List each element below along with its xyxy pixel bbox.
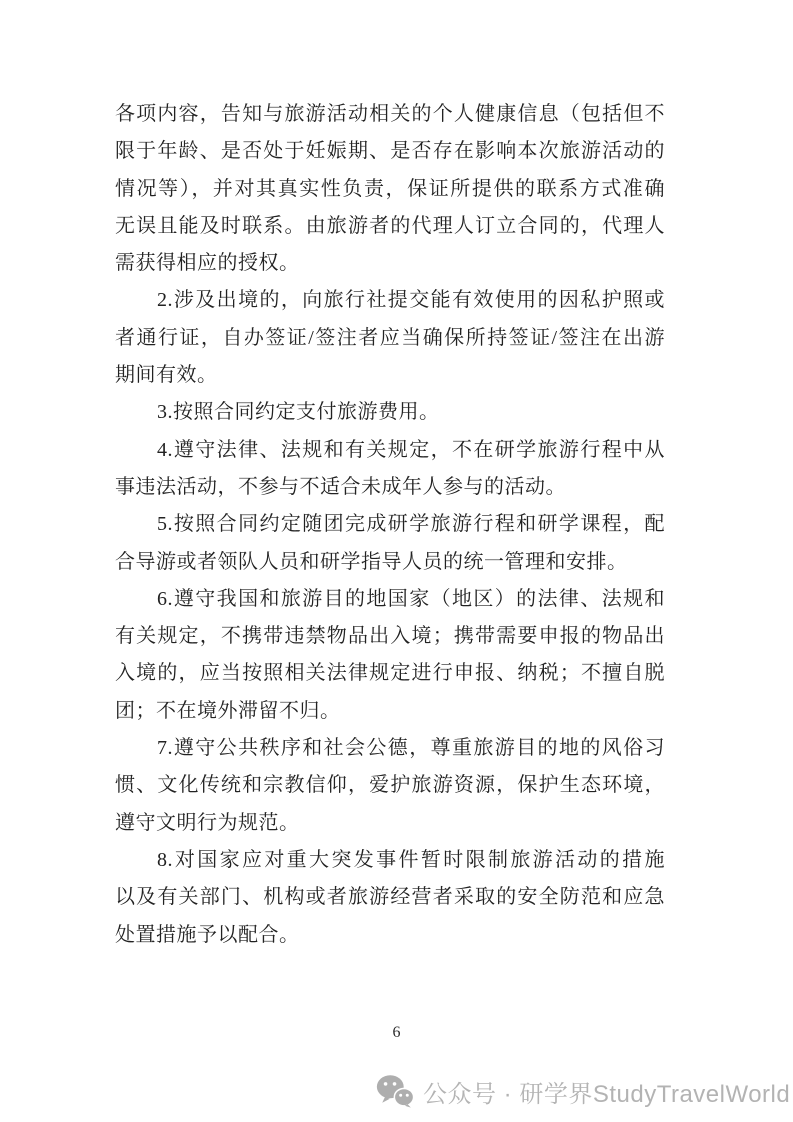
text-line: 限于年龄、是否处于妊娠期、是否存在影响本次旅游活动的 [115, 133, 665, 170]
text-line: 以及有关部门、机构或者旅游经营者采取的安全防范和应急 [115, 879, 665, 916]
text-line: 者通行证，自办签证/签注者应当确保所持签证/签注在出游 [115, 320, 665, 357]
text-line: 6.遵守我国和旅游目的地国家（地区）的法律、法规和 [115, 581, 665, 618]
text-line: 遵守文明行为规范。 [115, 805, 665, 842]
text-line: 合导游或者领队人员和研学指导人员的统一管理和安排。 [115, 544, 665, 581]
text-line: 入境的，应当按照相关法律规定进行申报、纳税；不擅自脱 [115, 655, 665, 692]
wechat-icon [376, 1074, 414, 1108]
document-page: 各项内容，告知与旅游活动相关的个人健康信息（包括但不限于年龄、是否处于妊娠期、是… [0, 0, 793, 1122]
text-line: 团；不在境外滞留不归。 [115, 693, 665, 730]
text-line: 事违法活动，不参与不适合未成年人参与的活动。 [115, 469, 665, 506]
text-line: 惯、文化传统和宗教信仰，爱护旅游资源，保护生态环境， [115, 767, 665, 804]
text-line: 4.遵守法律、法规和有关规定，不在研学旅游行程中从 [115, 432, 665, 469]
text-line: 无误且能及时联系。由旅游者的代理人订立合同的，代理人 [115, 208, 665, 245]
text-line: 需获得相应的授权。 [115, 245, 665, 282]
text-line: 5.按照合同约定随团完成研学旅游行程和研学课程，配 [115, 506, 665, 543]
text-line: 2.涉及出境的，向旅行社提交能有效使用的因私护照或 [115, 282, 665, 319]
text-line: 3.按照合同约定支付旅游费用。 [115, 394, 665, 431]
text-line: 8.对国家应对重大突发事件暂时限制旅游活动的措施 [115, 842, 665, 879]
page-number: 6 [0, 1024, 793, 1042]
text-line: 期间有效。 [115, 357, 665, 394]
text-line: 情况等），并对其真实性负责，保证所提供的联系方式准确 [115, 171, 665, 208]
text-line: 处置措施予以配合。 [115, 917, 665, 954]
watermark-text: 公众号 · 研学界StudyTravelWorld [423, 1074, 790, 1109]
watermark-footer: 公众号 · 研学界StudyTravelWorld [376, 1072, 790, 1110]
text-line: 有关规定，不携带违禁物品出入境；携带需要申报的物品出 [115, 618, 665, 655]
text-line: 各项内容，告知与旅游活动相关的个人健康信息（包括但不 [115, 96, 665, 133]
text-line: 7.遵守公共秩序和社会公德，尊重旅游目的地的风俗习 [115, 730, 665, 767]
document-body: 各项内容，告知与旅游活动相关的个人健康信息（包括但不限于年龄、是否处于妊娠期、是… [115, 96, 665, 954]
